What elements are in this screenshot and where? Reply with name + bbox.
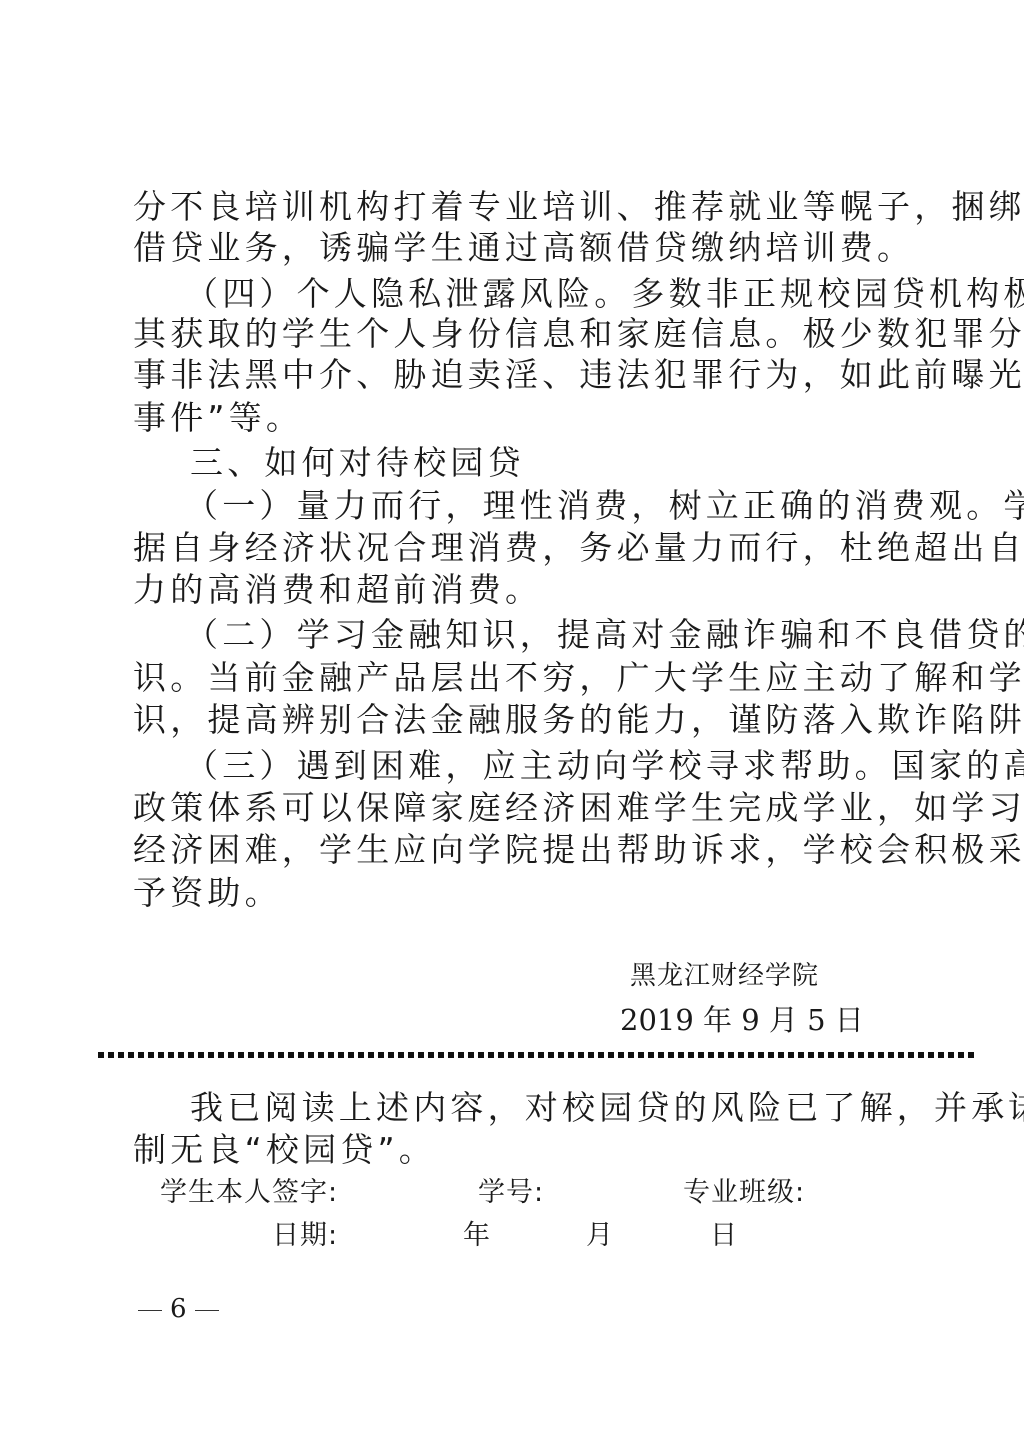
page-dash-right: [195, 1310, 219, 1311]
institution-name: 黑龙江财经学院: [630, 956, 819, 996]
section-item-2-title: （二）学习金融知识，提高对金融诈骗和不良借贷的防范意: [185, 615, 965, 655]
page-number: 6: [130, 1292, 227, 1326]
document-page: 分不良培训机构打着专业培训、推荐就业等幌子，捆绑推荐高额 借贷业务，诱骗学生通过…: [0, 0, 1024, 1447]
student-signature-label: 学生本人签字:: [160, 1173, 338, 1213]
body-line: 事件”等。: [133, 398, 913, 438]
page-number-value: 6: [170, 1294, 187, 1324]
body-line: 力的高消费和超前消费。: [133, 570, 913, 610]
section-item-1-title: （一）量力而行，理性消费，树立正确的消费观。学生应根: [185, 486, 965, 526]
body-line: 识。当前金融产品层出不穷，广大学生应主动了解和学习金融知: [133, 658, 913, 698]
body-line: 经济困难，学生应向学院提出帮助诉求，学校会积极采取措施给: [133, 830, 913, 870]
body-line: 借贷业务，诱骗学生通过高额借贷缴纳培训费。: [133, 228, 913, 268]
dotted-cut-line: [98, 1052, 976, 1058]
year-label: 年: [463, 1216, 491, 1256]
day-label: 日: [710, 1216, 738, 1256]
body-line: 分不良培训机构打着专业培训、推荐就业等幌子，捆绑推荐高额: [133, 187, 913, 227]
body-line: 其获取的学生个人身份信息和家庭信息。极少数犯罪分子借此从: [133, 314, 913, 354]
pledge-line: 制无良“校园贷”。: [133, 1130, 913, 1170]
body-line: 据自身经济状况合理消费，务必量力而行，杜绝超出自身承担能: [133, 528, 913, 568]
body-line: 识，提高辨别合法金融服务的能力，谨防落入欺诈陷阱。: [133, 700, 913, 740]
pledge-line: 我已阅读上述内容，对校园贷的风险已了解，并承诺自觉抵: [190, 1088, 970, 1128]
month-label: 月: [586, 1216, 614, 1256]
page-dash-left: [138, 1310, 162, 1311]
section-item-3-title: （三）遇到困难，应主动向学校寻求帮助。国家的高校资助: [185, 746, 965, 786]
body-line: 事非法黑中介、胁迫卖淫、违法犯罪行为，如此前曝光的“裸条: [133, 355, 913, 395]
body-line: 予资助。: [133, 873, 913, 913]
section-item-4-title: （四）个人隐私泄露风险。多数非正规校园贷机构极易泄露: [185, 274, 965, 314]
body-line: 政策体系可以保障家庭经济困难学生完成学业，如学习生活面临: [133, 788, 913, 828]
major-class-label: 专业班级:: [683, 1173, 805, 1213]
issue-date: 2019 年 9 月 5 日: [620, 1000, 864, 1040]
date-label: 日期:: [272, 1216, 338, 1256]
section-heading-3: 三、如何对待校园贷: [190, 443, 970, 483]
student-id-label: 学号:: [478, 1173, 544, 1213]
